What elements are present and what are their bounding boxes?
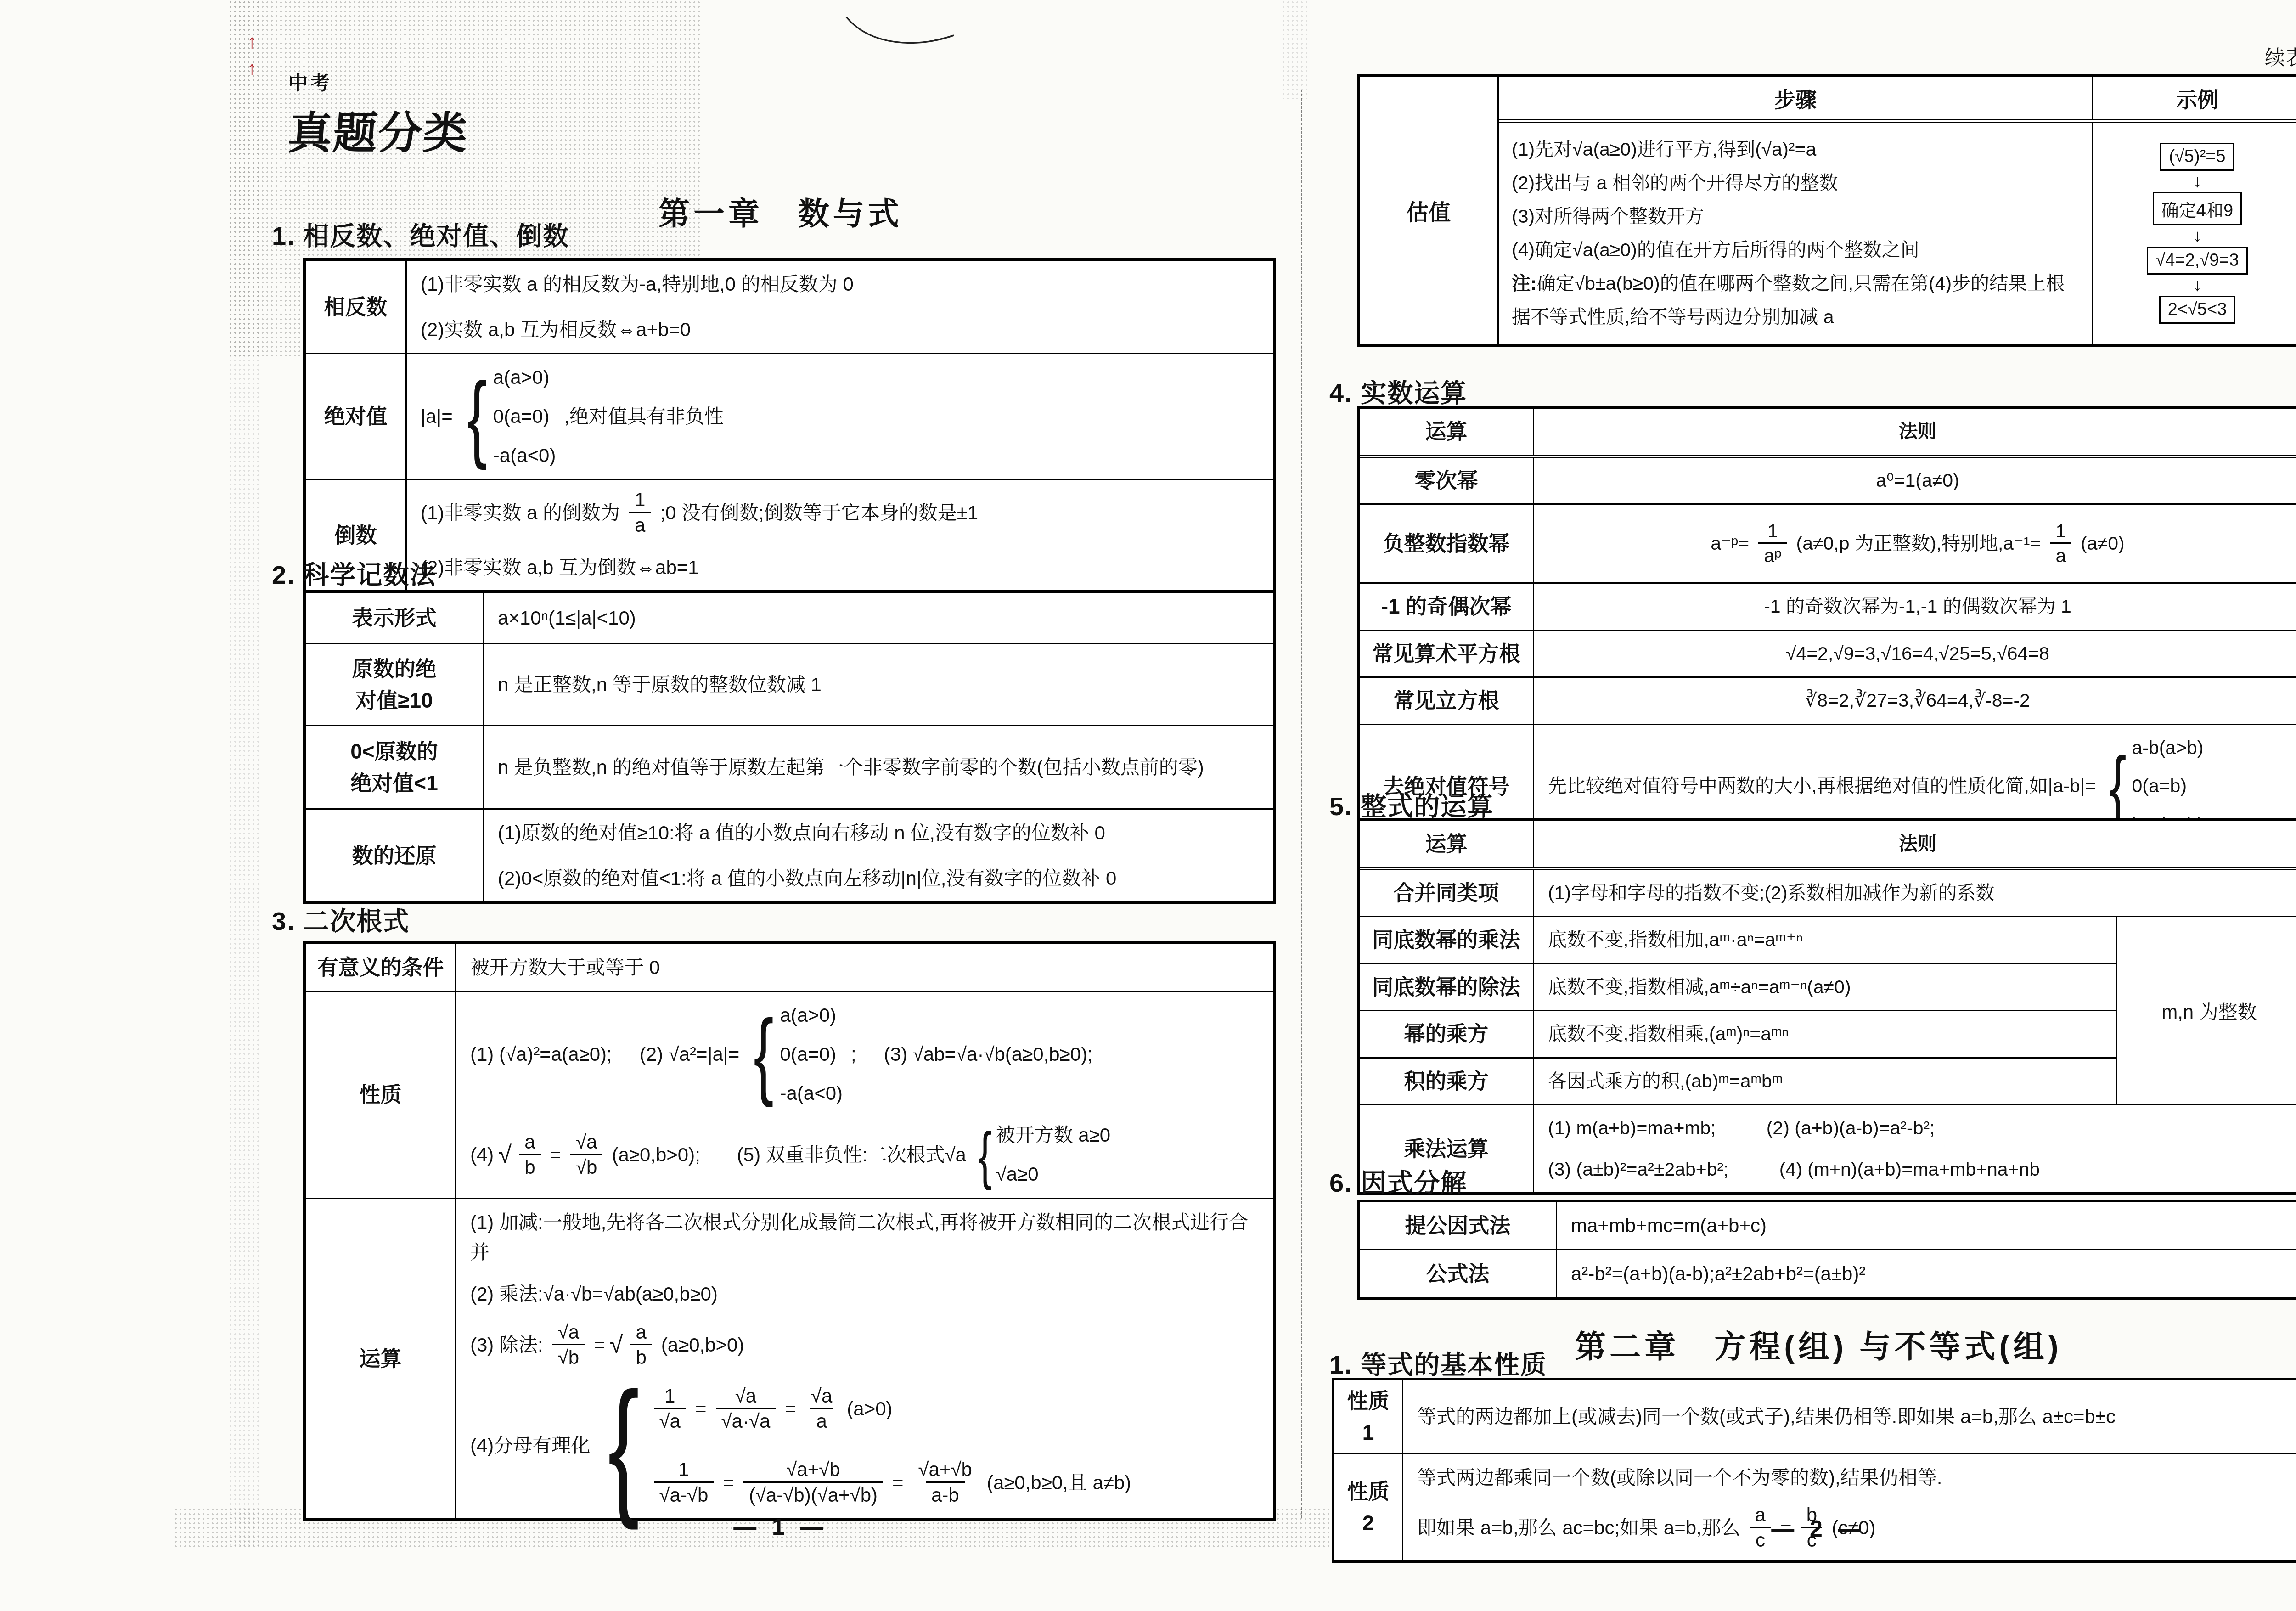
case-line: 被开方数 a≥0: [996, 1120, 1110, 1150]
section-2-heading: 2. 科学记数法: [272, 555, 436, 591]
rationalize-line: 1√a = √a√a·√a = √aa (a>0): [649, 1385, 1131, 1433]
scan-texture-left-strip: [228, 0, 259, 1549]
formula-text: 底数不变,指数相减,aᵐ÷aⁿ=aᵐ⁻ⁿ(a≠0): [1548, 973, 2102, 1002]
fraction: 1√a: [654, 1385, 686, 1433]
brace-icon: {: [979, 1127, 992, 1182]
flow-box: 确定4和9: [2153, 192, 2242, 225]
formula-text: (2) (a+b)(a-b)=a²-b²;: [1767, 1114, 1935, 1143]
fraction: √a√a·√a: [716, 1385, 776, 1433]
row-content: a×10ⁿ(1≤|a|<10): [484, 593, 1273, 643]
row-label: 同底数幂的乘法: [1360, 917, 1534, 963]
formula-text: 底数不变,指数相加,aᵐ·aⁿ=aᵐ⁺ⁿ: [1548, 925, 2102, 955]
table-row-absolute-value: 绝对值 |a|= { a(a>0) 0(a=0) -a(a<0) ,绝对值具有非…: [306, 354, 1273, 480]
case-line: -a(a<0): [780, 1078, 843, 1108]
case-line: 0(a=b): [2132, 772, 2203, 801]
text-line: (2)非零实数 a,b 互为倒数⇔ab=1: [421, 552, 1259, 582]
formula-text: (a≠0,p 为正整数),特别地,a⁻¹=: [1796, 529, 2041, 558]
red-mark-icon: ↑: [247, 32, 257, 51]
row-label: 性质: [306, 992, 456, 1197]
estimation-table: 估值 步骤 示例 (1)先对√a(a≥0)进行平方,得到(√a)²=a (2)找…: [1357, 74, 2296, 347]
formula-text: a⁰=1(a≠0): [1876, 466, 1959, 496]
condition-text: (a>0): [847, 1394, 892, 1424]
column-header-operation: 运算: [1360, 821, 1534, 867]
case-line: -a(a<0): [493, 440, 556, 470]
formula-text: a²-b²=(a+b)(a-b);a²±2ab+b²=(a±b)²: [1571, 1259, 2287, 1289]
fraction: √a+√ba-b: [913, 1458, 978, 1507]
row-label: 性质 2: [1334, 1454, 1403, 1560]
formula-text: √4=2,√9=3,√16=4,√25=5,√64=8: [1786, 639, 2049, 669]
table-row-power-of-power: 幂的乘方 底数不变,指数相乘,(aᵐ)ⁿ=aᵐⁿ: [1360, 1011, 2116, 1059]
mn-integers-note: m,n 为整数: [2116, 917, 2296, 1104]
text-line: 被开方数大于或等于 0: [470, 952, 1259, 982]
scanned-book-spread: ↑ ↑ 中考 真题分类 第一章 数与式 1. 相反数、绝对值、倒数 相反数 (1…: [0, 0, 2296, 1611]
row-label: 有意义的条件: [306, 944, 456, 991]
arrow-down-icon: ↓: [2193, 276, 2202, 294]
formula-line: (4) √ ab = √a√b (a≥0,b>0); (5) 双重非负性:二次根…: [470, 1120, 1259, 1189]
fraction: 1a: [2050, 520, 2071, 567]
formula-line: (1) m(a+b)=ma+mb; (2) (a+b)(a-b)=a²-b²;: [1548, 1114, 2287, 1143]
table-row-negative-integer-exponent: 负整数指数幂 a⁻ᵖ= 1aᵖ (a≠0,p 为正整数),特别地,a⁻¹= 1a…: [1360, 505, 2296, 584]
text-line: 等式两边都乘同一个数(或除以同一个不为零的数),结果仍相等.: [1417, 1463, 2289, 1493]
row-content: n 是负整数,n 的绝对值等于原数左起第一个非零数字前零的个数(包括小数点前的零…: [484, 726, 1273, 808]
formula-text: (1) (√a)²=a(a≥0);: [470, 1039, 612, 1069]
table-row-abs-ge-10: 原数的绝 对值≥10 n 是正整数,n 等于原数的整数位数减 1: [306, 644, 1273, 726]
table-row-form: 表示形式 a×10ⁿ(1≤|a|<10): [306, 593, 1273, 644]
brace-icon: {: [754, 1013, 774, 1095]
equals-sign: =: [695, 1394, 707, 1424]
table-row-zero-power: 零次幂 a⁰=1(a≠0): [1360, 458, 2296, 505]
formula-text: ∛8=2,∛27=3,∛64=4,∛-8=-2: [1805, 686, 2030, 715]
column-header-rule: 法则: [1534, 409, 2296, 455]
table-row-number-restore: 数的还原 (1)原数的绝对值≥10:将 a 值的小数点向右移动 n 位,没有数字…: [306, 810, 1273, 901]
section-4-heading: 4. 实数运算: [1329, 373, 1467, 410]
row-label: 数的还原: [306, 810, 484, 901]
table-row-opposite: 相反数 (1)非零实数 a 的相反数为-a,特别地,0 的相反数为 0 (2)实…: [306, 261, 1273, 354]
formula-text: (3) (a±b)²=a²±2ab+b²;: [1548, 1155, 1729, 1184]
formula-text: 先比较绝对值符号中两数的大小,再根据绝对值的性质化简,如|a-b|=: [1548, 772, 2096, 801]
row-content: n 是正整数,n 等于原数的整数位数减 1: [484, 644, 1273, 725]
section-6-heading: 6. 因式分解: [1329, 1163, 1467, 1200]
steps-cell: (1)先对√a(a≥0)进行平方,得到(√a)²=a (2)找出与 a 相邻的两…: [1499, 123, 2093, 344]
power-rules-row-group: 同底数幂的乘法 底数不变,指数相加,aᵐ·aⁿ=aᵐ⁺ⁿ 同底数幂的除法 底数不…: [1360, 917, 2296, 1105]
column-header-rule: 法则: [1899, 829, 1936, 859]
formula-text: (2) √a²=|a|=: [640, 1039, 740, 1069]
logo-large-text: 真题分类: [286, 98, 471, 161]
polynomial-operations-table: 运算 法则 合并同类项 (1)字母和字母的指数不变;(2)系数相加减作为新的系数…: [1357, 818, 2296, 1195]
row-label: 负整数指数幂: [1360, 505, 1534, 582]
text-line: (1)非零实数 a 的相反数为-a,特别地,0 的相反数为 0: [421, 269, 1259, 299]
table-row-common-square-roots: 常见算术平方根 √4=2,√9=3,√16=4,√25=5,√64=8: [1360, 631, 2296, 678]
continued-table-label: 续表: [2030, 41, 2296, 71]
table-row-same-base-multiply: 同底数幂的乘法 底数不变,指数相加,aᵐ·aⁿ=aᵐ⁺ⁿ: [1360, 917, 2116, 964]
sqrt-icon: √: [610, 1326, 623, 1363]
formula-text: =: [550, 1140, 562, 1170]
cases-brace-group: { 1√a = √a√a·√a = √aa (a>0) 1√: [598, 1381, 1131, 1510]
fraction: ab: [519, 1131, 540, 1179]
row-label: 相反数: [306, 261, 407, 353]
column-header-steps: 步骤: [1499, 77, 2093, 119]
scan-texture-gutter-top: [1281, 0, 1310, 99]
formula-text: =: [594, 1330, 605, 1360]
cases-brace-group: { a(a>0) 0(a=0) -a(a<0): [748, 1000, 843, 1108]
formula-text: (4): [470, 1140, 494, 1170]
row-content: (1)原数的绝对值≥10:将 a 值的小数点向右移动 n 位,没有数字的位数补 …: [484, 810, 1273, 901]
text-line: n 是正整数,n 等于原数的整数位数减 1: [498, 670, 1259, 699]
equals-sign: =: [785, 1394, 796, 1424]
formula-text: 底数不变,指数相乘,(aᵐ)ⁿ=aᵐⁿ: [1548, 1020, 2102, 1049]
brace-icon: {: [2110, 751, 2127, 822]
row-label: 常见立方根: [1360, 678, 1534, 724]
row-content: (1) (√a)²=a(a≥0); (2) √a²=|a|= { a(a>0) …: [456, 992, 1273, 1197]
red-mark-icon: ↑: [247, 59, 257, 78]
arrow-down-icon: ↓: [2193, 173, 2202, 190]
formula-text: (4)分母有理化: [470, 1431, 590, 1460]
text-line: (2) 乘法:√a·√b=√ab(a≥0,b≥0): [470, 1279, 1259, 1309]
table-header: 运算 法则: [1360, 409, 2296, 458]
case-line: 0(a=0): [780, 1039, 843, 1069]
formula-line: (1)非零实数 a 的倒数为 1a ;0 没有倒数;倒数等于它本身的数是±1: [421, 488, 1259, 537]
table-row-powers-of-minus-one: -1 的奇偶次幂 -1 的奇数次幂为-1,-1 的偶数次幂为 1: [1360, 584, 2296, 631]
sqrt-icon: √: [498, 1136, 512, 1173]
table-row-property-1: 性质 1 等式的两边都加上(或减去)同一个数(或式子),结果仍相等.即如果 a=…: [1334, 1380, 2296, 1454]
row-content: 被开方数大于或等于 0: [456, 944, 1273, 991]
table-row-operations: 运算 (1) 加减:一般地,先将各二次根式分别化成最简二次根式,再将被开方数相同…: [306, 1199, 1273, 1519]
formula-text: ;: [851, 1039, 856, 1069]
fraction: 1√a-√b: [654, 1458, 714, 1507]
formula-text: a⁻ᵖ=: [1711, 529, 1749, 558]
table-row-power-of-product: 积的乘方 各因式乘方的积,(ab)ᵐ=aᵐbᵐ: [1360, 1059, 2116, 1104]
step-line: (2)找出与 a 相邻的两个开得尽方的整数: [1512, 166, 2079, 200]
table-row-combine-like-terms: 合并同类项 (1)字母和字母的指数不变;(2)系数相加减作为新的系数: [1360, 870, 2296, 918]
formula-text: (a≥0,b>0): [661, 1330, 744, 1360]
formula-line: (3) 除法: √a√b = √ ab (a≥0,b>0): [470, 1321, 1259, 1369]
table-header: 步骤 示例: [1499, 77, 2296, 123]
example-cell: (√5)²=5 ↓ 确定4和9 ↓ √4=2,√9=3 ↓ 2<√5<3: [2093, 123, 2296, 344]
table-row-formula-method: 公式法 a²-b²=(a+b)(a-b);a²±2ab+b²=(a±b)²: [1360, 1250, 2296, 1297]
case-line: a(a>0): [493, 362, 556, 392]
flow-box: (√5)²=5: [2160, 143, 2234, 171]
case-line: √a≥0: [996, 1159, 1110, 1189]
row-label: 运算: [306, 1199, 456, 1519]
text-line: (1) 加减:一般地,先将各二次根式分别化成最简二次根式,再将被开方数相同的二次…: [470, 1207, 1259, 1267]
section-1-heading: 1. 相反数、绝对值、倒数: [272, 216, 569, 253]
page-gutter-divider: [1301, 90, 1302, 1518]
text-line: (2)0<原数的绝对值<1:将 a 值的小数点向左移动|n|位,没有数字的位数补…: [498, 863, 1259, 893]
row-label: 估值: [1360, 77, 1499, 344]
formula-text: (a≥0,b>0);: [612, 1140, 700, 1170]
estimation-flowchart: (√5)²=5 ↓ 确定4和9 ↓ √4=2,√9=3 ↓ 2<√5<3: [2147, 143, 2247, 324]
red-annotation-marks: ↑ ↑: [247, 32, 257, 78]
table-row-reciprocal: 倒数 (1)非零实数 a 的倒数为 1a ;0 没有倒数;倒数等于它本身的数是±…: [306, 480, 1273, 591]
formula-text: (4) (m+n)(a+b)=ma+mb+na+nb: [1779, 1155, 2040, 1184]
formula-text: (1)非零实数 a 的倒数为: [421, 498, 620, 528]
condition-text: (a≥0,b≥0,且 a≠b): [987, 1468, 1131, 1498]
step-line: (4)确定√a(a≥0)的值在开方后所得的两个整数之间: [1512, 233, 2079, 267]
quadratic-radical-table: 有意义的条件 被开方数大于或等于 0 性质 (1) (√a)²=a(a≥0); …: [303, 941, 1276, 1521]
formula-text: 各因式乘方的积,(ab)ᵐ=aᵐbᵐ: [1548, 1067, 2102, 1096]
formula-text: ;0 没有倒数;倒数等于它本身的数是±1: [660, 498, 978, 528]
row-label: 原数的绝 对值≥10: [306, 644, 484, 725]
fraction: √a√b: [552, 1321, 585, 1369]
text-line: n 是负整数,n 的绝对值等于原数左起第一个非零数字前零的个数(包括小数点前的零…: [498, 752, 1259, 782]
formula-text: (3) 除法:: [470, 1330, 543, 1360]
table-row-property-2: 性质 2 等式两边都乘同一个数(或除以同一个不为零的数),结果仍相等. 即如果 …: [1334, 1454, 2296, 1560]
page-curl-mark: [843, 11, 957, 51]
step-line: (3)对所得两个整数开方: [1512, 200, 2079, 233]
table-row-multiplication-formulas: 乘法运算 (1) m(a+b)=ma+mb; (2) (a+b)(a-b)=a²…: [1360, 1105, 2296, 1192]
arrow-down-icon: ↓: [2193, 227, 2202, 245]
row-label: 积的乘方: [1360, 1059, 1534, 1104]
brace-icon: {: [608, 1381, 639, 1510]
text-line: a×10ⁿ(1≤|a|<10): [498, 603, 1259, 633]
formula-text: (1) m(a+b)=ma+mb;: [1548, 1114, 1716, 1143]
table-row-properties: 性质 (1) (√a)²=a(a≥0); (2) √a²=|a|= { a(a>…: [306, 992, 1273, 1199]
formula-line: (1) (√a)²=a(a≥0); (2) √a²=|a|= { a(a>0) …: [470, 1000, 1259, 1108]
cases-brace-group: { a(a>0) 0(a=0) -a(a<0): [461, 362, 556, 470]
section-3-heading: 3. 二次根式: [272, 901, 410, 938]
text-line: (1)字母和字母的指数不变;(2)系数相加减作为新的系数: [1548, 879, 2287, 908]
case-line: 0(a=0): [493, 401, 556, 431]
row-label: 公式法: [1360, 1250, 1557, 1297]
logo-small-text: 中考: [288, 68, 468, 96]
case-line: a-b(a>b): [2132, 733, 2203, 763]
formula-line: |a|= { a(a>0) 0(a=0) -a(a<0) ,绝对值具有非负性: [421, 362, 1259, 470]
row-label: 表示形式: [306, 593, 484, 643]
row-label: 零次幂: [1360, 458, 1534, 504]
scientific-notation-table: 表示形式 a×10ⁿ(1≤|a|<10) 原数的绝 对值≥10 n 是正整数,n…: [303, 590, 1276, 904]
page-number-left: — 1 —: [259, 1514, 1302, 1540]
cases-brace-group: { 被开方数 a≥0 √a≥0: [974, 1120, 1110, 1189]
row-label: 绝对值: [306, 354, 407, 479]
section-5-heading: 5. 整式的运算: [1329, 786, 1494, 823]
row-label: 常见算术平方根: [1360, 631, 1534, 677]
formula-text: |a|=: [421, 401, 453, 431]
table-header: 运算 法则: [1360, 821, 2296, 870]
formula-line: (4)分母有理化 { 1√a = √a√a·√a = √aa (a>0): [470, 1381, 1259, 1510]
equals-sign: =: [892, 1468, 904, 1498]
table-row-meaningful-condition: 有意义的条件 被开方数大于或等于 0: [306, 944, 1273, 992]
text-line: (1)原数的绝对值≥10:将 a 值的小数点向右移动 n 位,没有数字的位数补 …: [498, 818, 1259, 848]
formula-text: ,绝对值具有非负性: [564, 401, 724, 431]
brand-logo: 中考 真题分类: [288, 68, 468, 161]
formula-text: (5) 双重非负性:二次根式√a: [737, 1140, 966, 1170]
fraction: √a+√b(√a-√b)(√a+√b): [743, 1458, 883, 1507]
row-label: 幂的乘方: [1360, 1011, 1534, 1057]
row-label: 0<原数的 绝对值<1: [306, 726, 484, 808]
row-content: (1) 加减:一般地,先将各二次根式分别化成最简二次根式,再将被开方数相同的二次…: [456, 1199, 1273, 1519]
real-number-operations-table: 运算 法则 零次幂 a⁰=1(a≠0) 负整数指数幂 a⁻ᵖ= 1aᵖ (a≠0…: [1357, 406, 2296, 850]
page-number-right: — 2 —: [1332, 1515, 2296, 1542]
table-row-abs-lt-1: 0<原数的 绝对值<1 n 是负整数,n 的绝对值等于原数左起第一个非零数字前零…: [306, 726, 1273, 810]
flow-box: √4=2,√9=3: [2147, 247, 2247, 275]
note-line: 注:确定√b±a(b≥0)的值在哪两个整数之间,只需在第(4)步的结果上根据不等…: [1512, 267, 2079, 334]
row-content: (1)非零实数 a 的相反数为-a,特别地,0 的相反数为 0 (2)实数 a,…: [407, 261, 1273, 353]
table-row-common-cube-roots: 常见立方根 ∛8=2,∛27=3,∛64=4,∛-8=-2: [1360, 678, 2296, 725]
flow-box: 2<√5<3: [2159, 296, 2236, 324]
row-label: 提公因式法: [1360, 1202, 1557, 1249]
table-row-common-factor: 提公因式法 ma+mb+mc=m(a+b+c): [1360, 1202, 2296, 1250]
row-label: -1 的奇偶次幂: [1360, 584, 1534, 630]
formula-line: a⁻ᵖ= 1aᵖ (a≠0,p 为正整数),特别地,a⁻¹= 1a (a≠0): [1711, 520, 2124, 567]
formula-text: (a≠0): [2081, 529, 2124, 558]
fraction: √a√b: [570, 1131, 602, 1179]
rationalize-line: 1√a-√b = √a+√b(√a-√b)(√a+√b) = √a+√ba-b …: [649, 1458, 1131, 1507]
row-content: (1)非零实数 a 的倒数为 1a ;0 没有倒数;倒数等于它本身的数是±1 (…: [407, 480, 1273, 591]
formula-text: (3) √ab=√a·√b(a≥0,b≥0);: [884, 1039, 1093, 1069]
text-line: (2)实数 a,b 互为相反数⇔a+b=0: [421, 315, 1259, 344]
formula-text: -1 的奇数次幂为-1,-1 的偶数次幂为 1: [1764, 592, 2071, 621]
column-header-operation: 运算: [1360, 409, 1534, 455]
row-content: |a|= { a(a>0) 0(a=0) -a(a<0) ,绝对值具有非负性: [407, 354, 1273, 479]
fraction: 1aᵖ: [1758, 520, 1787, 567]
brace-icon: {: [467, 376, 487, 458]
row-label: 性质 1: [1334, 1380, 1403, 1453]
text-line: 等式的两边都加上(或减去)同一个数(或式子),结果仍相等.即如果 a=b,那么 …: [1417, 1402, 2289, 1431]
table-row-same-base-divide: 同底数幂的除法 底数不变,指数相减,aᵐ÷aⁿ=aᵐ⁻ⁿ(a≠0): [1360, 964, 2116, 1012]
fraction: 1a: [629, 488, 651, 537]
case-line: a(a>0): [780, 1000, 843, 1030]
opposite-absolute-reciprocal-table: 相反数 (1)非零实数 a 的相反数为-a,特别地,0 的相反数为 0 (2)实…: [303, 258, 1276, 593]
factorization-table: 提公因式法 ma+mb+mc=m(a+b+c) 公式法 a²-b²=(a+b)(…: [1357, 1200, 2296, 1300]
fraction: √aa: [805, 1385, 838, 1433]
formula-line: (3) (a±b)²=a²±2ab+b²; (4) (m+n)(a+b)=ma+…: [1548, 1155, 2287, 1184]
row-label: 同底数幂的除法: [1360, 964, 1534, 1010]
step-line: (1)先对√a(a≥0)进行平方,得到(√a)²=a: [1512, 133, 2079, 166]
column-header-example: 示例: [2093, 77, 2296, 119]
row-label: 合并同类项: [1360, 870, 1534, 916]
section-7-heading: 1. 等式的基本性质: [1329, 1345, 1547, 1381]
equals-sign: =: [723, 1468, 734, 1498]
formula-text: ma+mb+mc=m(a+b+c): [1571, 1211, 2287, 1240]
